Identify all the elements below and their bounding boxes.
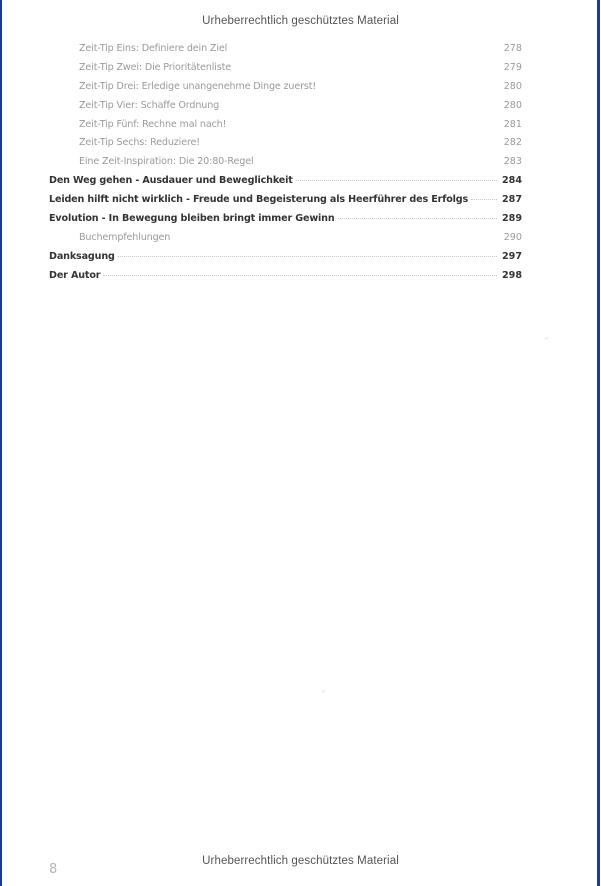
toc-entry-page-number: 279 [500, 62, 522, 73]
scan-artifact [545, 337, 548, 340]
toc-entry-page-number: 298 [500, 270, 522, 281]
toc-dot-leader [319, 86, 497, 87]
toc-entry-title: Danksagung [49, 251, 115, 262]
toc-entry-title: Zeit-Tip Sechs: Reduziere! [79, 137, 200, 148]
toc-entry-title: Zeit-Tip Vier: Schaffe Ordnung [79, 100, 219, 111]
toc-entry-title: Zeit-Tip Drei: Erledige unangenehme Ding… [79, 81, 316, 92]
toc-section-entry[interactable]: Zeit-Tip Fünf: Rechne mal nach!281 [49, 119, 522, 138]
toc-entry-page-number: 282 [500, 137, 522, 148]
toc-entry-page-number: 287 [500, 194, 522, 205]
toc-entry-page-number: 280 [500, 100, 522, 111]
toc-entry-title: Zeit-Tip Zwei: Die Prioritätenliste [79, 62, 231, 73]
toc-section-entry[interactable]: Zeit-Tip Vier: Schaffe Ordnung280 [49, 100, 522, 119]
toc-dot-leader [229, 124, 497, 125]
toc-section-entry[interactable]: Eine Zeit-Inspiration: Die 20:80-Regel28… [49, 156, 522, 175]
toc-entry-title: Zeit-Tip Fünf: Rechne mal nach! [79, 119, 226, 130]
toc-entry-title: Eine Zeit-Inspiration: Die 20:80-Regel [79, 156, 253, 167]
toc-chapter-entry[interactable]: Den Weg gehen - Ausdauer und Beweglichke… [49, 175, 522, 194]
toc-entry-page-number: 281 [500, 119, 522, 130]
toc-dot-leader [296, 180, 497, 181]
toc-dot-leader [222, 105, 497, 106]
toc-entry-page-number: 297 [500, 251, 522, 262]
toc-section-entry[interactable]: Zeit-Tip Sechs: Reduziere!282 [49, 137, 522, 156]
toc-section-entry[interactable]: Zeit-Tip Zwei: Die Prioritätenliste279 [49, 62, 522, 81]
toc-chapter-entry[interactable]: Leiden hilft nicht wirklich - Freude und… [49, 194, 522, 213]
toc-entry-title: Evolution - In Bewegung bleiben bringt i… [49, 213, 335, 224]
toc-entry-page-number: 284 [500, 175, 522, 186]
toc-dot-leader [234, 67, 497, 68]
toc-dot-leader [118, 256, 497, 257]
copyright-watermark-top: Urheberrechtlich geschütztes Material [0, 15, 601, 27]
toc-chapter-entry[interactable]: Danksagung297 [49, 251, 522, 270]
table-of-contents: Zeit-Tip Eins: Definiere dein Ziel278Zei… [49, 43, 522, 289]
toc-section-entry[interactable]: Zeit-Tip Eins: Definiere dein Ziel278 [49, 43, 522, 62]
toc-chapter-entry[interactable]: Evolution - In Bewegung bleiben bringt i… [49, 213, 522, 232]
copyright-watermark-bottom: Urheberrechtlich geschütztes Material [0, 855, 601, 867]
toc-dot-leader [471, 199, 497, 200]
toc-section-entry[interactable]: Buchempfehlungen290 [49, 232, 522, 251]
toc-entry-page-number: 278 [500, 43, 522, 54]
scan-artifact [322, 690, 325, 693]
toc-entry-title: Den Weg gehen - Ausdauer und Beweglichke… [49, 175, 293, 186]
toc-entry-page-number: 280 [500, 81, 522, 92]
toc-dot-leader [230, 48, 497, 49]
toc-chapter-entry[interactable]: Der Autor298 [49, 270, 522, 289]
viewer-frame-left-border [0, 0, 2, 886]
toc-dot-leader [173, 237, 497, 238]
toc-dot-leader [338, 218, 497, 219]
toc-entry-page-number: 289 [500, 213, 522, 224]
document-page: Urheberrechtlich geschütztes Material Ze… [0, 0, 601, 886]
toc-entry-page-number: 283 [500, 156, 522, 167]
toc-entry-title: Der Autor [49, 270, 100, 281]
toc-dot-leader [203, 142, 497, 143]
toc-entry-title: Leiden hilft nicht wirklich - Freude und… [49, 194, 468, 205]
toc-entry-title: Zeit-Tip Eins: Definiere dein Ziel [79, 43, 227, 54]
toc-dot-leader [103, 275, 497, 276]
toc-entry-page-number: 290 [500, 232, 522, 243]
toc-dot-leader [256, 161, 497, 162]
viewer-frame-right-border [597, 0, 600, 886]
toc-entry-title: Buchempfehlungen [79, 232, 170, 243]
toc-section-entry[interactable]: Zeit-Tip Drei: Erledige unangenehme Ding… [49, 81, 522, 100]
